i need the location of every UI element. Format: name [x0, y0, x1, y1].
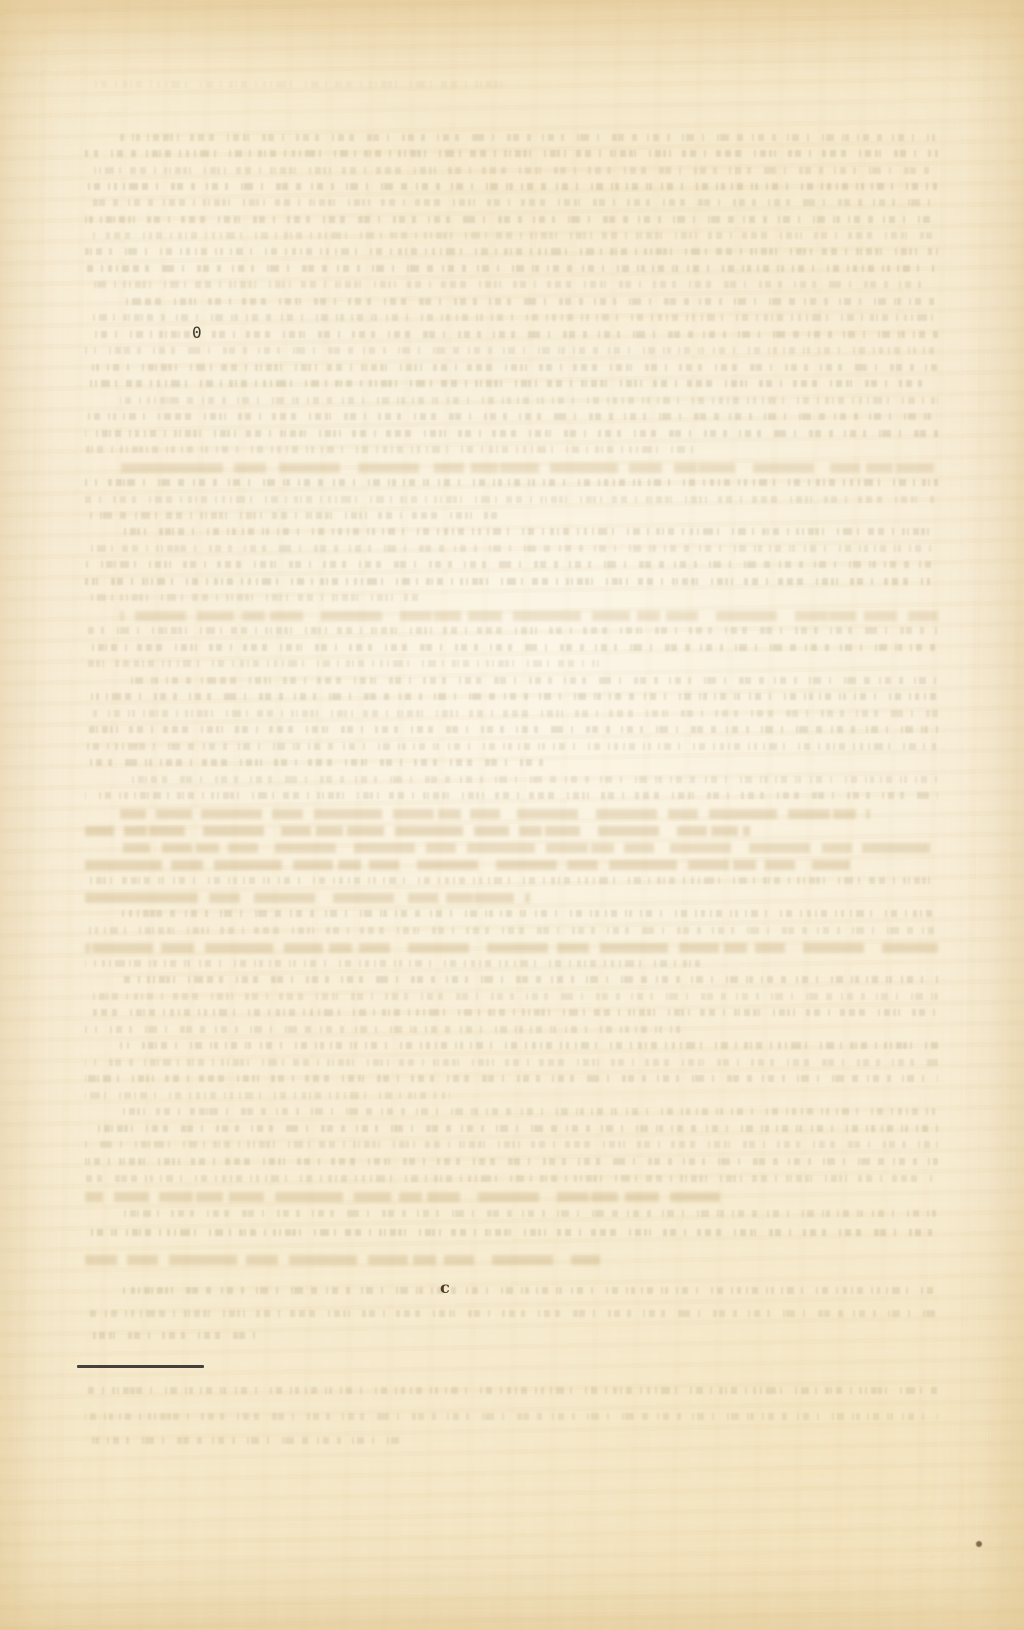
typed-character-c: c	[440, 1280, 450, 1296]
faded-text-line	[85, 743, 936, 750]
faded-text-line	[85, 1059, 938, 1066]
faded-text-line	[120, 134, 935, 141]
faded-text-line	[120, 809, 870, 819]
faded-text-line	[120, 1042, 938, 1049]
faded-text-line	[85, 1437, 400, 1444]
faded-text-line	[85, 594, 420, 601]
ink-speck	[976, 1541, 982, 1547]
faded-text-line	[85, 1310, 938, 1317]
faded-text-line	[120, 298, 938, 305]
footnote-separator-rule	[77, 1365, 204, 1368]
typed-character-zero: 0	[192, 325, 202, 341]
faded-text-line	[85, 167, 930, 174]
faded-text-line	[120, 1108, 938, 1115]
faded-text-line	[85, 693, 938, 700]
faded-text-line	[85, 232, 932, 239]
faded-text-line	[85, 216, 938, 223]
faded-text-line	[120, 776, 938, 783]
faded-text-line	[85, 496, 936, 503]
faded-text-line	[85, 1175, 935, 1182]
faded-text-line	[85, 759, 550, 766]
faded-text-line	[85, 446, 700, 453]
faded-text-line	[120, 1287, 938, 1294]
faded-text-line	[85, 627, 938, 634]
scanned-document-page: 0 c	[0, 0, 1024, 1630]
faded-text-line	[85, 927, 938, 934]
faded-text-line	[85, 199, 935, 206]
faded-text-line	[85, 347, 934, 354]
faded-text-line	[85, 281, 925, 288]
faded-text-line	[85, 314, 938, 321]
faded-text-line	[85, 545, 938, 552]
faded-text-line	[85, 1229, 938, 1236]
faded-text-line	[85, 792, 938, 799]
faded-text-line	[85, 265, 936, 272]
faded-text-line	[85, 1092, 450, 1099]
faded-text-line	[85, 413, 936, 420]
faded-text-line	[85, 943, 938, 953]
faded-text-line	[120, 976, 938, 983]
faded-text-line	[85, 660, 600, 667]
faded-text-line	[85, 380, 930, 387]
faded-text-line	[120, 1210, 938, 1217]
faded-text-line	[85, 1255, 600, 1265]
faded-text-line	[85, 1026, 680, 1033]
faded-text-line	[85, 1125, 938, 1132]
faded-text-line	[85, 248, 938, 255]
faded-text-line	[85, 183, 938, 190]
faded-text-line	[120, 397, 938, 404]
faded-text-line	[85, 644, 938, 651]
faded-text-line	[120, 463, 938, 473]
faded-text-line	[85, 710, 938, 717]
faded-text-line	[120, 910, 938, 917]
faded-text-line	[120, 611, 938, 621]
faded-text-line	[85, 960, 700, 967]
faded-text-line	[85, 893, 530, 903]
faded-text-line	[85, 150, 938, 157]
faded-text-line	[85, 860, 850, 870]
faded-text-line	[95, 81, 515, 88]
faded-text-line	[120, 843, 938, 853]
faded-text-line	[85, 1413, 938, 1420]
faded-text-line	[85, 561, 938, 568]
faded-text-line	[85, 826, 750, 836]
faded-text-line	[85, 364, 938, 371]
faded-text-line	[85, 479, 938, 486]
faded-text-line	[85, 331, 938, 338]
faded-text-line	[85, 1141, 938, 1148]
faded-text-line	[120, 528, 938, 535]
faded-text-line	[85, 726, 938, 733]
faded-text-line	[85, 1075, 938, 1082]
faded-text-line	[85, 1192, 720, 1202]
faded-text-line	[120, 677, 938, 684]
faded-text-line	[85, 1332, 260, 1339]
faded-text-line	[85, 430, 938, 437]
faded-text-line	[85, 1158, 938, 1165]
faded-text-line	[85, 993, 938, 1000]
faded-text-line	[85, 512, 500, 519]
faded-text-line	[85, 877, 938, 884]
faded-text-line	[85, 1009, 938, 1016]
faded-text-line	[85, 1387, 938, 1394]
faded-text-line	[85, 578, 930, 585]
